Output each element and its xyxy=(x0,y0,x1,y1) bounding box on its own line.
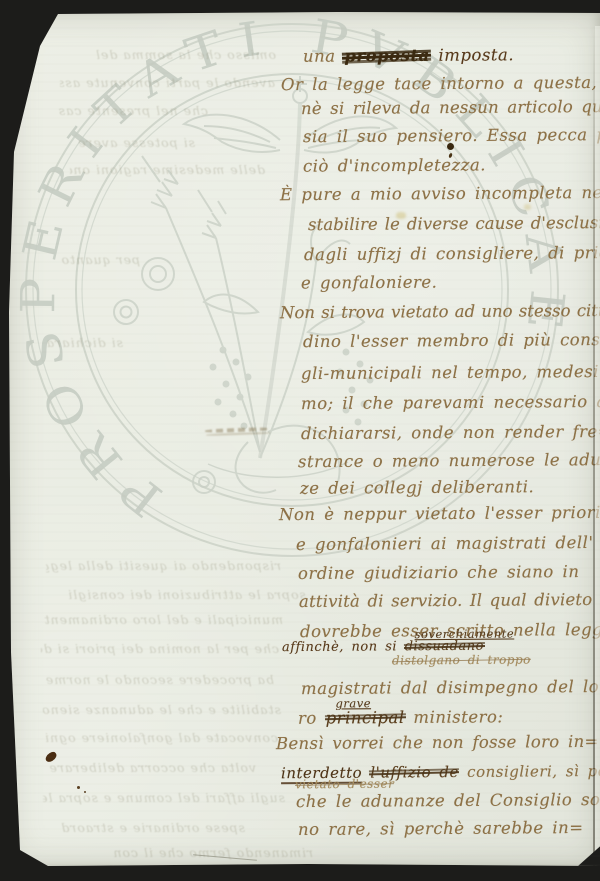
manuscript-line: mo; il che parevami necessario a xyxy=(301,392,600,413)
handwritten-text: dagli uffizj di consigliere, di priore, xyxy=(304,243,600,264)
manuscript-line: gli-municipali nel tempo, medesi= xyxy=(301,362,600,383)
manuscript-line: stabilire le diverse cause d'esclusione xyxy=(308,213,600,234)
manuscript-line: distolgano di troppo xyxy=(392,653,531,668)
bleedthrough-line: per quanto xyxy=(40,252,140,267)
bleedthrough-line: spese ordinarie e straord xyxy=(60,820,245,835)
manuscript-line: Non è neppur vietato l'esser priori xyxy=(279,503,600,524)
handwritten-text: mo; il che parevami necessario a xyxy=(301,392,600,413)
handwritten-text: vietato d'esser xyxy=(295,777,394,792)
manuscript-line: e gonfalonieri ai magistrati dell' xyxy=(296,533,594,554)
manuscript-line: dagli uffizj di consigliere, di priore, xyxy=(304,243,600,264)
bleedthrough-line: si potesse avere xyxy=(60,135,195,150)
bleedthrough-line: stabilite e che le adunanze sieno xyxy=(43,702,281,717)
interlinear-insertion: soverchiamente xyxy=(415,627,515,642)
manuscript-line: Bensì vorrei che non fosse loro in= xyxy=(276,732,599,753)
handwritten-text: ministero: xyxy=(405,707,504,727)
grape-cluster-icon xyxy=(210,347,374,430)
handwritten-text: ordine giudiziario che siano in xyxy=(298,562,580,583)
bleedthrough-line: convocate dal gonfaloniere ogni xyxy=(46,730,278,745)
correction-group: principalgrave xyxy=(326,708,405,728)
interlinear-insertion: grave xyxy=(335,696,371,710)
ink-blot xyxy=(77,786,80,789)
handwritten-text: dichiararsi, onde non render fre= xyxy=(301,422,600,443)
bleedthrough-line: rispondendo ai quesiti della legge xyxy=(46,558,281,573)
bleedthrough-line: delle medesime ragioni onde xyxy=(70,162,265,177)
paper-stain xyxy=(396,212,406,219)
manuscript-line: dichiararsi, onde non render fre= xyxy=(301,422,600,443)
handwritten-text: Non è neppur vietato l'esser priori xyxy=(279,503,600,524)
handwritten-text: strance o meno numerose le adunan= xyxy=(298,450,600,471)
handwritten-text: proposta xyxy=(344,46,430,66)
handwritten-text: e gonfaloniere. xyxy=(301,273,437,293)
handwritten-text: consiglieri, sì per= xyxy=(459,762,600,781)
manuscript-line: una proposta imposta. xyxy=(303,45,514,65)
bleedthrough-line: che nel presente caso xyxy=(58,103,208,118)
handwritten-text: gli-municipali nel tempo, medesi= xyxy=(301,362,600,383)
handwritten-text: ciò d'incompletezza. xyxy=(303,155,486,175)
handwritten-text: stabilire le diverse cause d'esclusione xyxy=(308,213,600,234)
bleedthrough-line: ba procedere secondo le norme gia xyxy=(46,672,274,687)
manuscript-line: Or la legge tace intorno a questa, xyxy=(281,73,597,94)
manuscript-line: È pure a mio avviso incompleta nello xyxy=(280,183,600,204)
handwritten-text: È pure a mio avviso incompleta nello xyxy=(280,183,600,204)
handwritten-text: dino l'esser membro di più consi= xyxy=(303,330,600,351)
bleedthrough-line: volta che occorra deliberare xyxy=(41,760,256,775)
manuscript-line: ro principalgrave ministero: xyxy=(298,707,504,727)
handwritten-text: ro xyxy=(298,709,326,728)
bleedthrough-line: si dichiara xyxy=(38,335,123,350)
handwritten-text: Non si trova vietato ad uno stesso citta… xyxy=(280,301,600,322)
handwritten-text: distolgano di troppo xyxy=(392,653,531,668)
manuscript-line: vietato d'esser xyxy=(295,777,394,792)
bleedthrough-line: omisso che la somma delle xyxy=(96,47,276,62)
handwritten-text: principal xyxy=(326,708,405,728)
ink-blot xyxy=(447,143,454,150)
paper-stain xyxy=(524,204,531,210)
bleedthrough-line: che per la nomina dei priori si deb xyxy=(41,641,279,656)
bleedthrough-line: sugli affari del comune e sopra le xyxy=(43,790,285,805)
handwritten-text: una xyxy=(303,46,344,65)
handwritten-text: che le adunanze del Consiglio so= xyxy=(296,790,600,811)
bleedthrough-line: avendo le parti convenute assai xyxy=(60,75,275,90)
manuscript-line: Non si trova vietato ad uno stesso citta… xyxy=(280,301,600,322)
manuscript-line: nè si rileva da nessun articolo qual xyxy=(301,97,600,118)
manuscript-line: che le adunanze del Consiglio so= xyxy=(296,790,600,811)
handwritten-text: Bensì vorrei che non fosse loro in= xyxy=(276,732,599,753)
bleedthrough-line: municipali e del loro ordinamento xyxy=(43,612,283,627)
handwritten-text: nè si rileva da nessun articolo qual xyxy=(301,97,600,118)
paper: PROSPERITATI PVBLICAE xyxy=(8,12,600,866)
manuscript-line: no rare, sì perchè sarebbe in= xyxy=(298,818,584,839)
handwritten-text: no rare, sì perchè sarebbe in= xyxy=(298,818,584,839)
handwritten-text: e gonfalonieri ai magistrati dell' xyxy=(296,533,594,554)
manuscript-line: dino l'esser membro di più consi= xyxy=(303,330,600,351)
manuscript-line: attività di servizio. Il qual divieto xyxy=(299,590,592,611)
manuscript-line: ordine giudiziario che siano in xyxy=(298,562,580,583)
manuscript-line: ze dei collegj deliberanti. xyxy=(300,477,534,498)
photographed-manuscript: PROSPERITATI PVBLICAE xyxy=(0,0,600,881)
ink-blot xyxy=(84,791,86,793)
manuscript-line: magistrati dal disimpegno del lo= xyxy=(301,677,600,698)
manuscript-line: strance o meno numerose le adunan= xyxy=(298,450,600,471)
manuscript-line: e gonfaloniere. xyxy=(301,273,437,293)
bleedthrough-line: rimanendo fermo che il con xyxy=(103,845,313,860)
bleedthrough-line: sopra le attribuzioni dei consigli xyxy=(56,587,306,602)
handwritten-text: Or la legge tace intorno a questa, xyxy=(281,73,597,94)
handwritten-text: ze dei collegj deliberanti. xyxy=(300,477,534,498)
manuscript-line: ciò d'incompletezza. xyxy=(303,155,486,175)
handwritten-text: affinchè, non si xyxy=(282,639,405,655)
handwritten-text: magistrati dal disimpegno del lo= xyxy=(301,677,600,698)
handwritten-text: attività di servizio. Il qual divieto xyxy=(299,590,592,611)
page-edge-strip xyxy=(595,26,600,866)
handwritten-text: imposta. xyxy=(438,45,514,65)
